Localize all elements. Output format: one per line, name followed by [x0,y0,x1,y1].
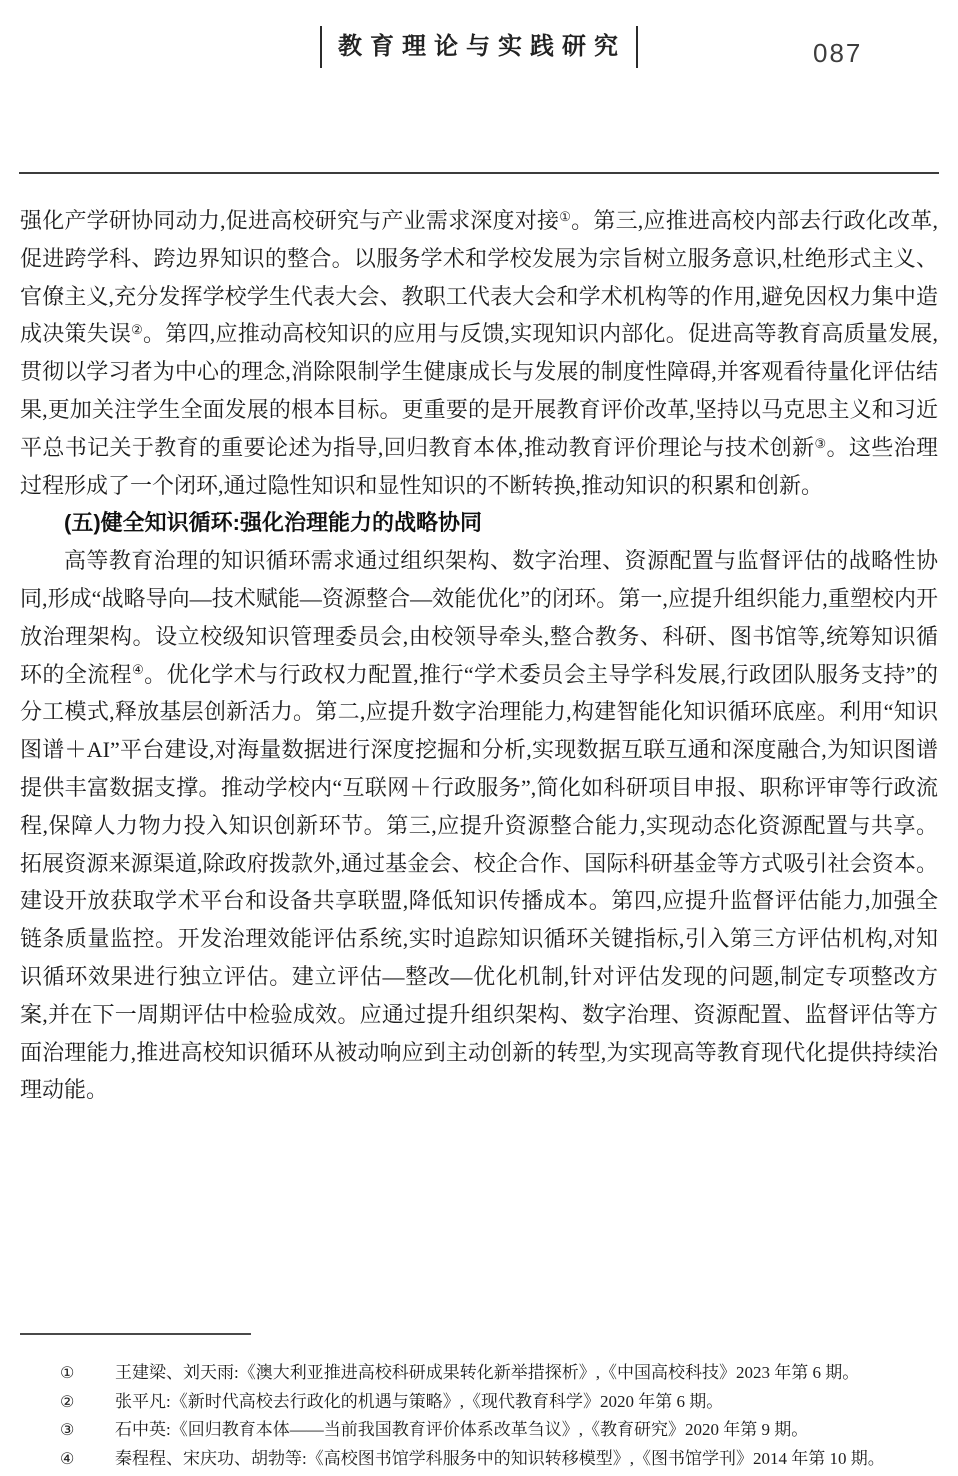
footnote-reference: ④ [132,662,144,677]
body-paragraph-main: 高等教育治理的知识循环需求通过组织架构、数字治理、资源配置与监督评估的战略性协同… [20,542,938,1109]
body-paragraph-continued: 强化产学研协同动力,促进高校研究与产业需求深度对接①。第三,应推进高校内部去行政… [20,202,938,504]
header-divider-rule [19,172,939,174]
footnote-item: ②张平凡:《新时代高校去行政化的机遇与策略》,《现代教育科学》2020 年第 6… [20,1388,938,1417]
footnote-number: ① [60,1360,115,1388]
section-heading: (五)健全知识循环:强化治理能力的战略协同 [20,504,938,542]
journal-column-title: 教育理论与实践研究 [320,26,638,68]
footnote-item: ④秦程程、宋庆功、胡勃等:《高校图书馆学科服务中的知识转移模型》,《图书馆学刊》… [20,1445,938,1474]
footnote-text: 张平凡:《新时代高校去行政化的机遇与策略》,《现代教育科学》2020 年第 6 … [115,1388,938,1416]
footnote-text: 秦程程、宋庆功、胡勃等:《高校图书馆学科服务中的知识转移模型》,《图书馆学刊》2… [115,1445,938,1473]
footnote-number: ② [60,1389,115,1417]
footnote-list: ①王建梁、刘天雨:《澳大利亚推进高校科研成果转化新举措探析》,《中国高校科技》2… [20,1359,938,1473]
footnote-reference: ② [131,322,143,337]
article-body: 强化产学研协同动力,促进高校研究与产业需求深度对接①。第三,应推进高校内部去行政… [20,202,938,1109]
footnote-text: 石中英:《回归教育本体——当前我国教育评价体系改革刍议》,《教育研究》2020 … [115,1416,938,1444]
footnote-number: ④ [60,1446,115,1474]
footnote-item: ①王建梁、刘天雨:《澳大利亚推进高校科研成果转化新举措探析》,《中国高校科技》2… [20,1359,938,1388]
footnote-text: 王建梁、刘天雨:《澳大利亚推进高校科研成果转化新举措探析》,《中国高校科技》20… [115,1359,938,1387]
journal-page: 教育理论与实践研究 087 强化产学研协同动力,促进高校研究与产业需求深度对接①… [0,0,958,1476]
footnote-reference: ① [559,209,571,224]
footnote-item: ③石中英:《回归教育本体——当前我国教育评价体系改革刍议》,《教育研究》2020… [20,1416,938,1445]
footnote-separator-rule [20,1333,251,1335]
footnote-number: ③ [60,1417,115,1445]
footnote-reference: ③ [815,436,827,451]
page-number: 087 [813,38,862,69]
